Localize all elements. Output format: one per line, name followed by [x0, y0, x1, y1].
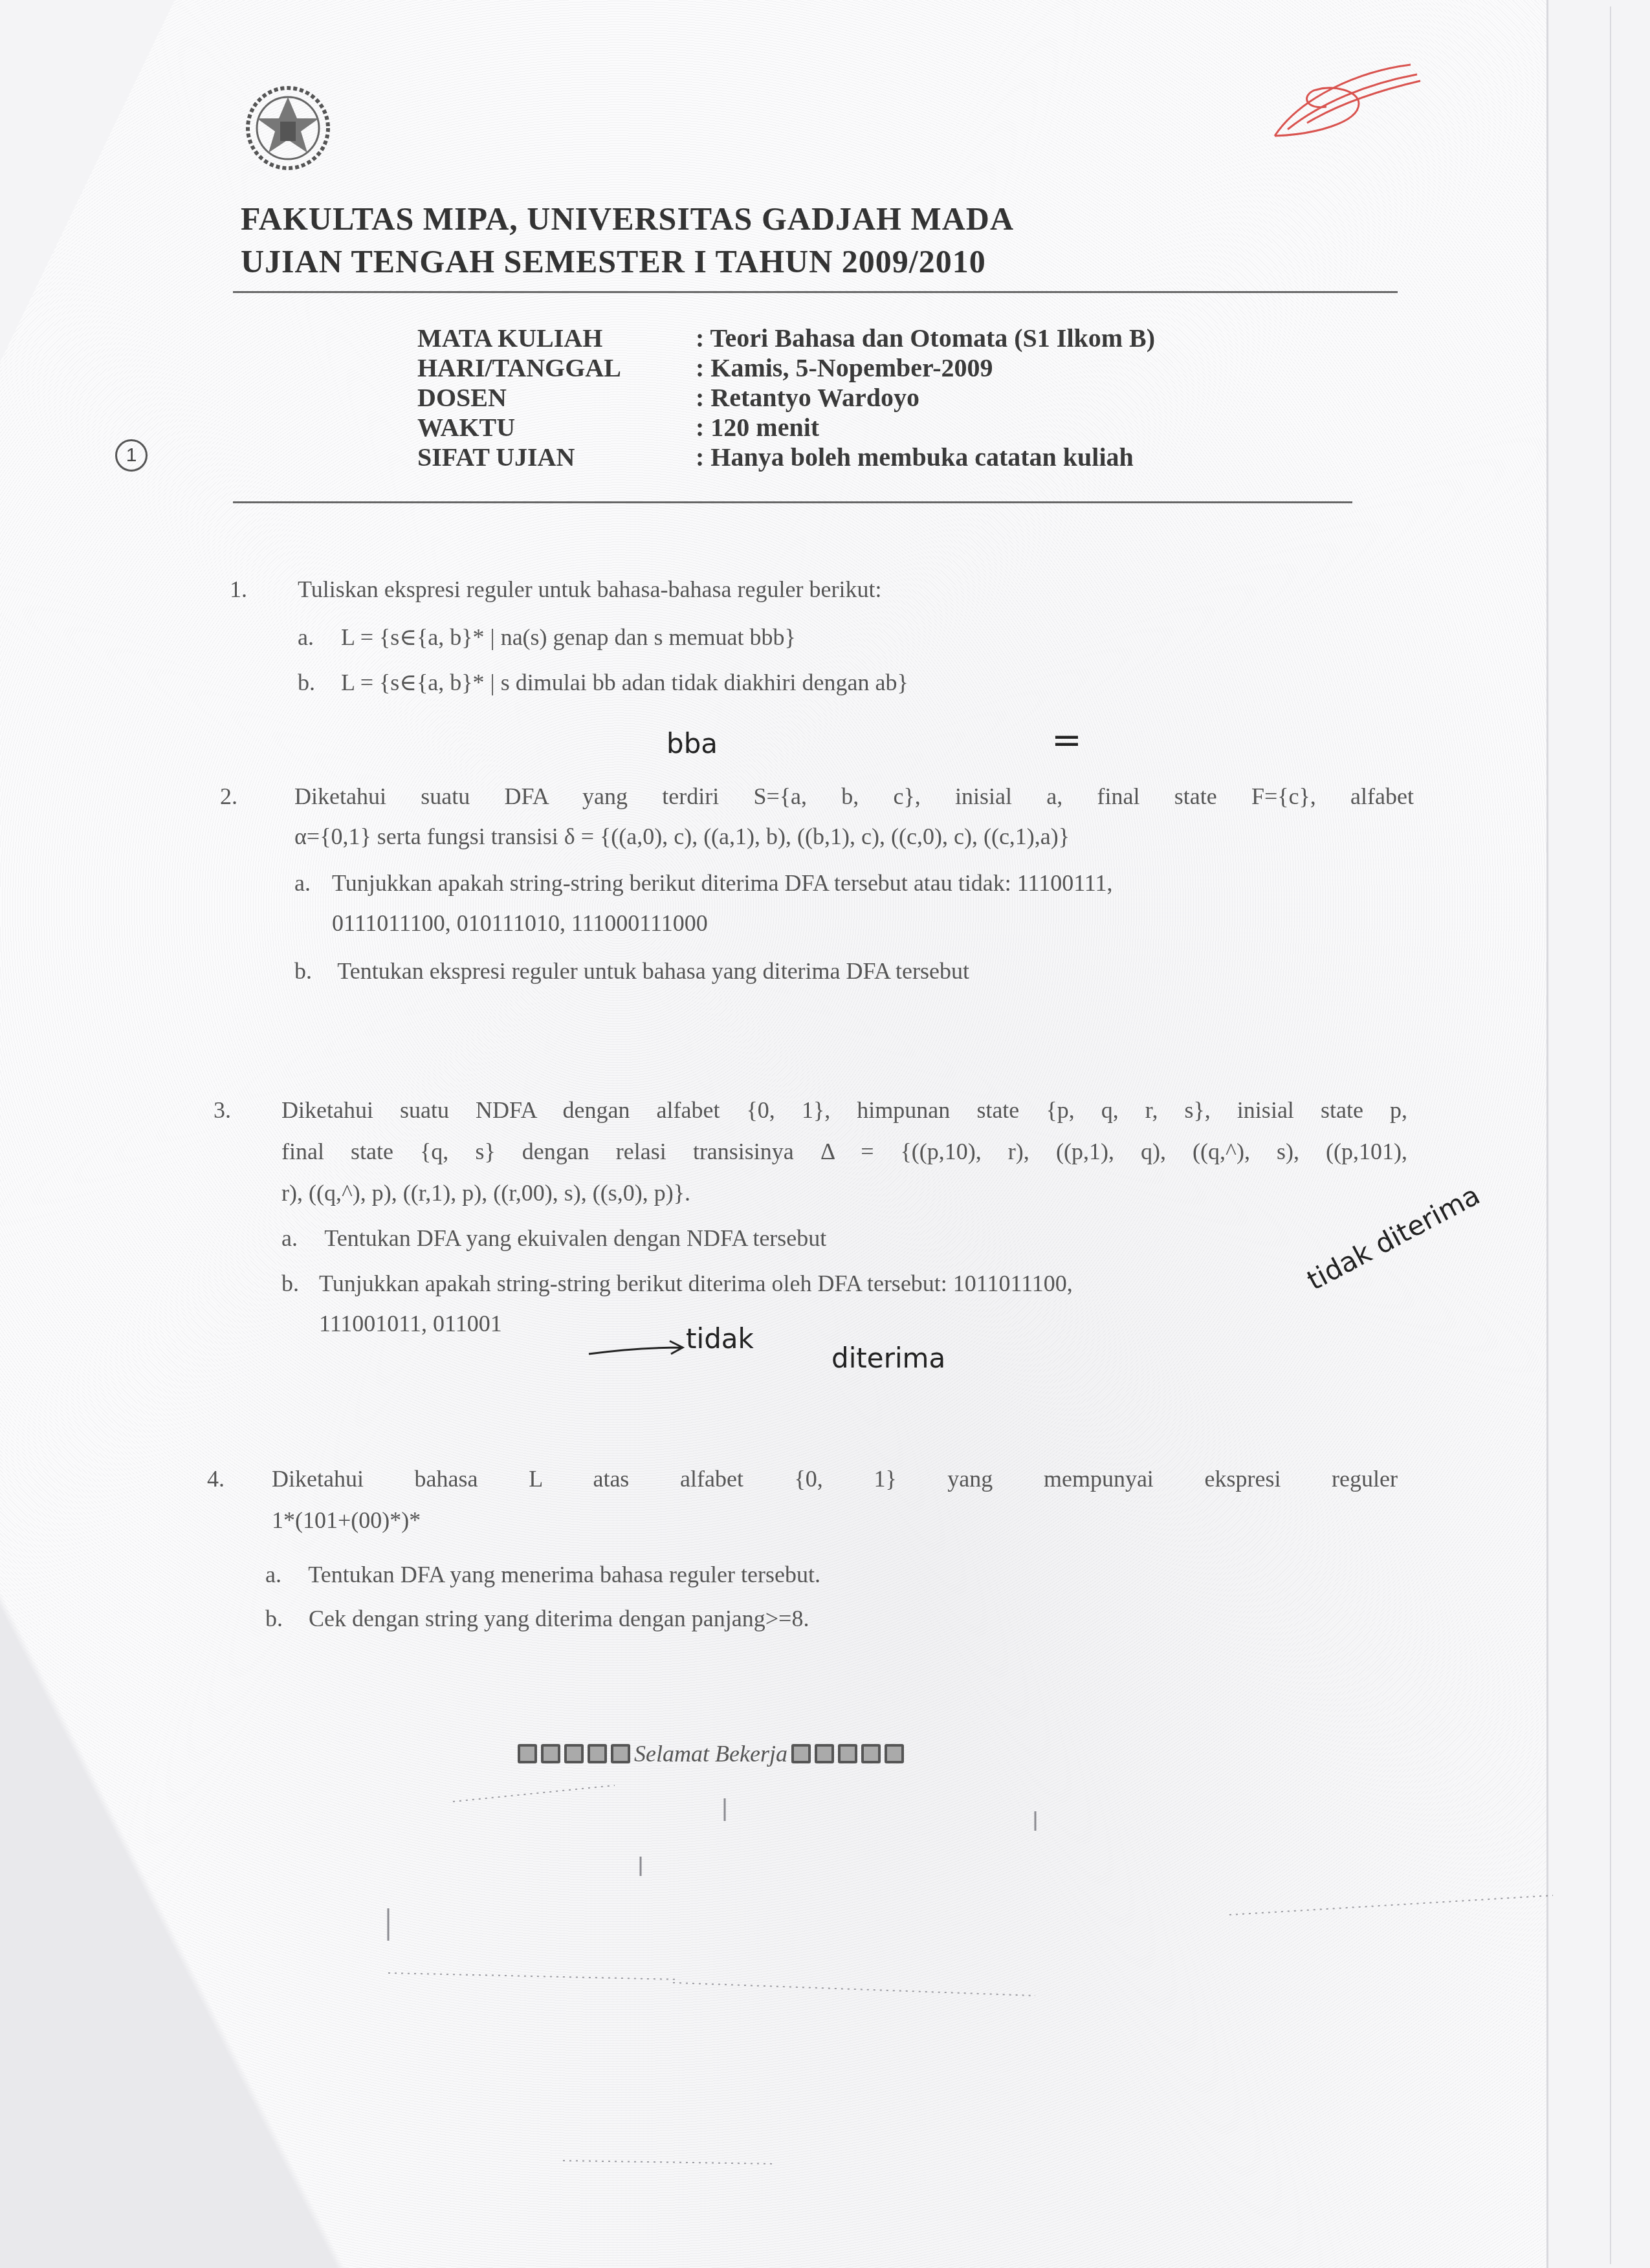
- question-2a: a.Tunjukkan apakah string-string berikut…: [294, 863, 1414, 943]
- box-icon: [791, 1744, 811, 1763]
- question-number: 1.: [230, 569, 247, 609]
- page-marker: 1: [115, 439, 148, 472]
- part-text: L = {s∈{a, b}* | s dimulai bb adan tidak…: [341, 670, 908, 695]
- box-icon: [564, 1744, 584, 1763]
- meta-value: : Kamis, 5-Nopember-2009: [696, 353, 993, 383]
- red-scribble-mark: [1262, 58, 1436, 155]
- part-text: Tunjukkan apakah string-string berikut d…: [319, 1270, 1073, 1296]
- box-glyphs-left: [518, 1744, 630, 1763]
- meta-value: : Retantyo Wardoyo: [696, 383, 919, 413]
- question-text-line: 1*(101+(00)*)*: [272, 1500, 421, 1540]
- question-text-line: Diketahui suatu NDFA dengan alfabet {0, …: [281, 1090, 1407, 1130]
- question-4b: b. Cek dengan string yang diterima denga…: [265, 1598, 809, 1639]
- part-text: Tentukan ekspresi reguler untuk bahasa y…: [337, 958, 969, 984]
- meta-value: : Hanya boleh membuka catatan kuliah: [696, 442, 1134, 472]
- box-icon: [885, 1744, 904, 1763]
- part-text: Tentukan DFA yang ekuivalen dengan NDFA …: [324, 1225, 826, 1251]
- box-icon: [541, 1744, 560, 1763]
- part-text: 111001011, 011001: [281, 1303, 1407, 1344]
- faculty-title: FAKULTAS MIPA, UNIVERSITAS GADJAH MADA: [241, 197, 1014, 240]
- part-text: Tunjukkan apakah string-string berikut d…: [332, 870, 1112, 896]
- meta-row-exam-type: SIFAT UJIAN : Hanya boleh membuka catata…: [417, 442, 1155, 472]
- closing-line: Selamat Bekerja: [518, 1740, 904, 1767]
- question-3b: b.Tunjukkan apakah string-string berikut…: [281, 1263, 1407, 1344]
- meta-value: : 120 menit: [696, 413, 819, 442]
- meta-row-lecturer: DOSEN : Retantyo Wardoyo: [417, 383, 1155, 413]
- handwritten-note: tidak: [686, 1323, 754, 1355]
- handwritten-mark: =: [1051, 719, 1082, 761]
- question-text-line: α={0,1} serta fungsi transisi δ = {((a,0…: [294, 816, 1070, 856]
- part-label: a.: [298, 617, 335, 657]
- meta-label: DOSEN: [417, 383, 696, 413]
- part-text: Cek dengan string yang diterima dengan p…: [309, 1606, 809, 1631]
- part-label: a.: [265, 1554, 303, 1595]
- question-1a: a. L = {s∈{a, b}* | na(s) genap dan s me…: [298, 617, 796, 657]
- question-text-line: Diketahui suatu DFA yang terdiri S={a, b…: [294, 776, 1414, 816]
- question-number: 3.: [214, 1090, 231, 1130]
- question-1b: b. L = {s∈{a, b}* | s dimulai bb adan ti…: [298, 662, 908, 703]
- question-text: Tuliskan ekspresi reguler untuk bahasa-b…: [298, 569, 881, 609]
- part-label: b.: [294, 951, 332, 991]
- box-icon: [815, 1744, 834, 1763]
- back-sheet-edge: [1610, 6, 1611, 2264]
- closing-text: Selamat Bekerja: [634, 1740, 787, 1767]
- question-2b: b. Tentukan ekspresi reguler untuk bahas…: [294, 951, 969, 991]
- box-icon: [611, 1744, 630, 1763]
- header-rule: [233, 291, 1398, 293]
- part-text: L = {s∈{a, b}* | na(s) genap dan s memua…: [341, 624, 796, 650]
- question-number: 2.: [220, 776, 237, 816]
- box-icon: [838, 1744, 857, 1763]
- box-icon: [588, 1744, 607, 1763]
- handwritten-note: bba: [666, 728, 718, 759]
- question-text-line: Diketahui bahasa L atas alfabet {0, 1} y…: [272, 1459, 1398, 1499]
- part-label: b.: [265, 1598, 303, 1639]
- box-icon: [861, 1744, 881, 1763]
- university-emblem-icon: [243, 83, 333, 173]
- question-text-line: final state {q, s} dengan relasi transis…: [281, 1131, 1407, 1172]
- handwritten-arrow-icon: [586, 1336, 689, 1362]
- meta-row-course: MATA KULIAH : Teori Bahasa dan Otomata (…: [417, 323, 1155, 353]
- part-text: Tentukan DFA yang menerima bahasa regule…: [308, 1562, 820, 1587]
- meta-label: SIFAT UJIAN: [417, 442, 696, 472]
- meta-label: WAKTU: [417, 413, 696, 442]
- box-icon: [518, 1744, 537, 1763]
- exam-meta: MATA KULIAH : Teori Bahasa dan Otomata (…: [417, 323, 1155, 472]
- sheet-edge: [1546, 0, 1548, 2268]
- question-number: 4.: [207, 1459, 225, 1499]
- meta-row-date: HARI/TANGGAL : Kamis, 5-Nopember-2009: [417, 353, 1155, 383]
- meta-rule: [233, 501, 1352, 503]
- handwritten-note: diterima: [831, 1342, 945, 1374]
- question-3a: a. Tentukan DFA yang ekuivalen dengan ND…: [281, 1218, 826, 1258]
- question-4a: a. Tentukan DFA yang menerima bahasa reg…: [265, 1554, 820, 1595]
- part-label: a.: [281, 1218, 319, 1258]
- part-label: b.: [281, 1263, 319, 1303]
- part-text: 0111011100, 010111010, 111000111000: [294, 903, 1414, 943]
- meta-row-time: WAKTU : 120 menit: [417, 413, 1155, 442]
- exam-title: UJIAN TENGAH SEMESTER I TAHUN 2009/2010: [241, 240, 1014, 283]
- box-glyphs-right: [791, 1744, 904, 1763]
- question-text-line: r), ((q,^), p), ((r,1), p), ((r,00), s),…: [281, 1173, 690, 1213]
- meta-label: MATA KULIAH: [417, 323, 696, 353]
- exam-header: FAKULTAS MIPA, UNIVERSITAS GADJAH MADA U…: [241, 197, 1014, 283]
- part-label: b.: [298, 662, 335, 703]
- meta-value: : Teori Bahasa dan Otomata (S1 Ilkom B): [696, 323, 1155, 353]
- part-label: a.: [294, 863, 332, 903]
- meta-label: HARI/TANGGAL: [417, 353, 696, 383]
